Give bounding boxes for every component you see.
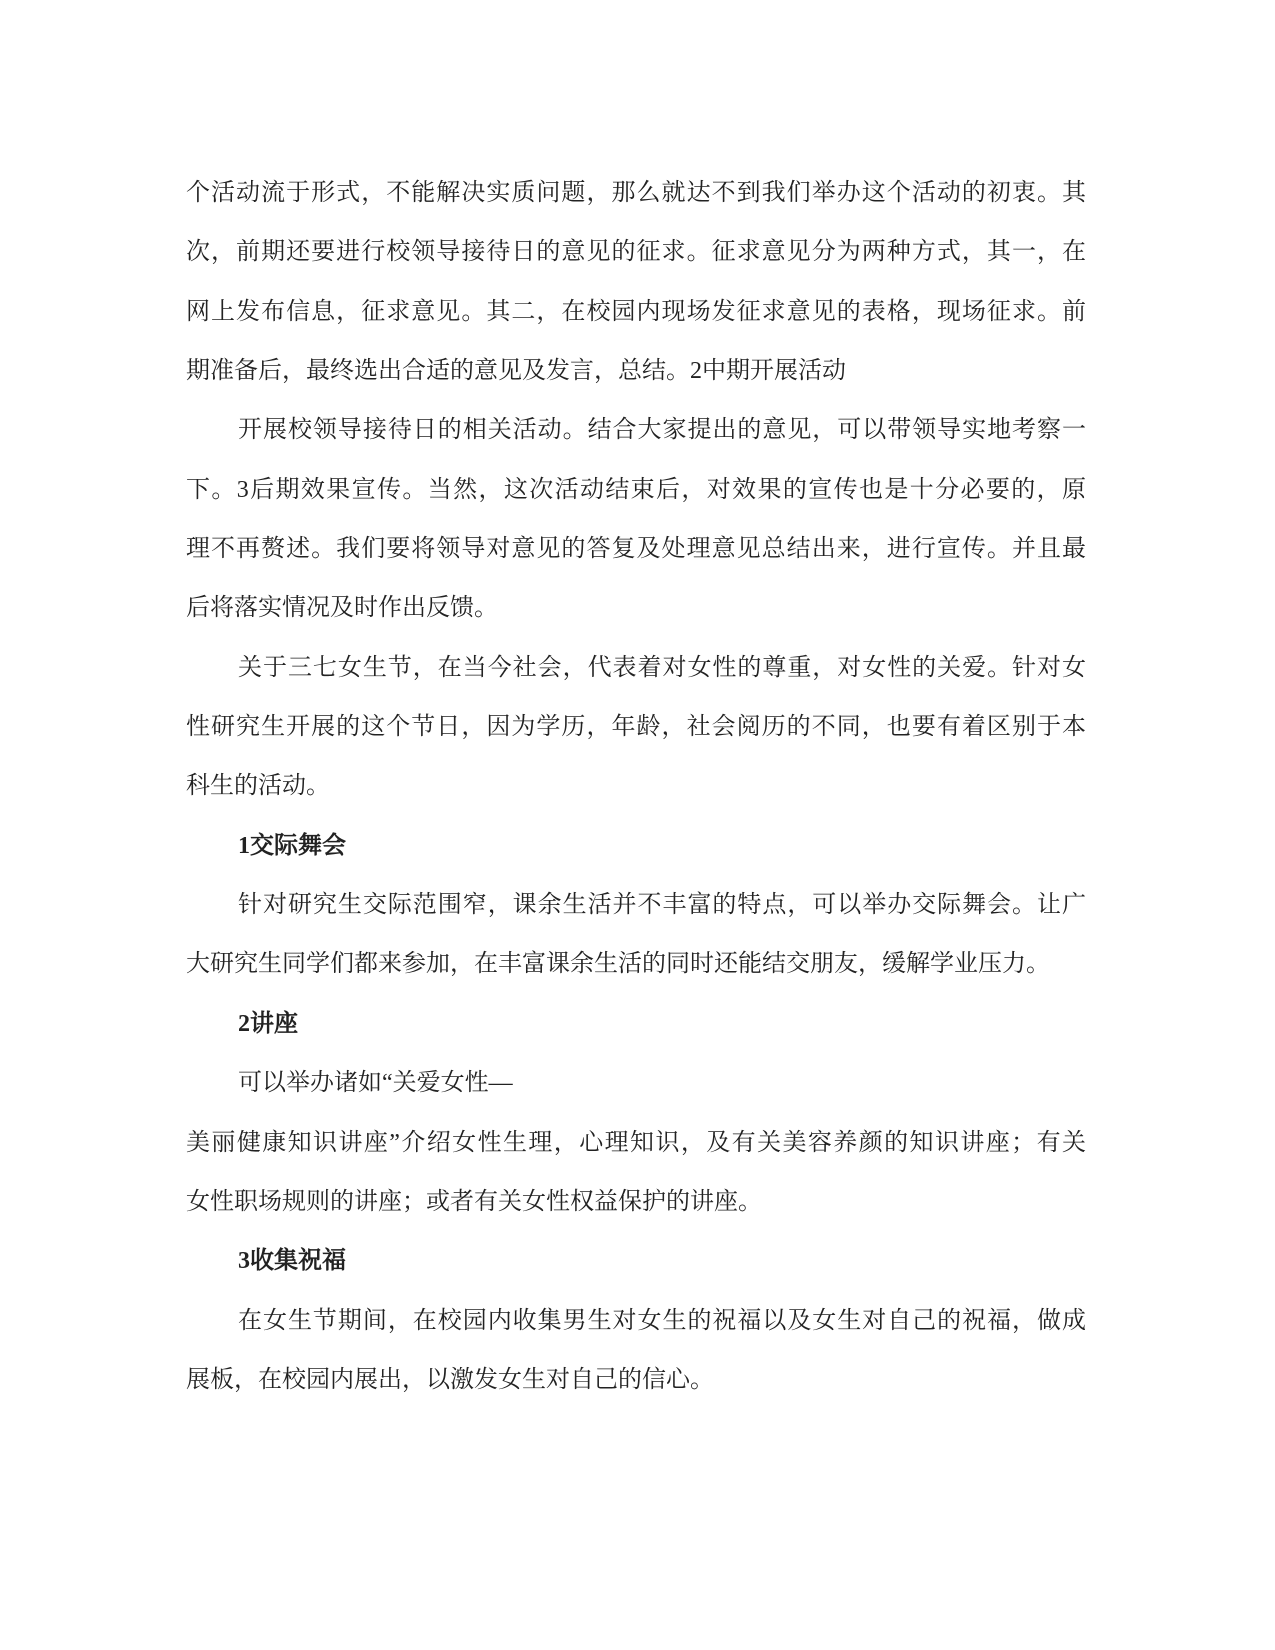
paragraph: 关于三七女生节，在当今社会，代表着对女性的尊重，对女性的关爱。针对女性研究生开展… [186,639,1086,817]
text-line: 次，前期还要进行校领导接待日的意见的征求。征求意见分为两种方式，其一，在 [186,223,1086,282]
text-line: 科生的活动。 [186,757,1086,816]
paragraph: 个活动流于形式，不能解决实质问题，那么就达不到我们举办这个活动的初衷。其次，前期… [186,164,1086,401]
section-heading: 1交际舞会 [186,817,1086,876]
text-line: 后将落实情况及时作出反馈。 [186,579,1086,638]
text-line: 关于三七女生节，在当今社会，代表着对女性的尊重，对女性的关爱。针对女 [186,639,1086,698]
paragraph: 针对研究生交际范围窄，课余生活并不丰富的特点，可以举办交际舞会。让广大研究生同学… [186,876,1086,995]
text-line: 期准备后，最终选出合适的意见及发言，总结。2中期开展活动 [186,342,1086,401]
text-line: 在女生节期间，在校园内收集男生对女生的祝福以及女生对自己的祝福，做成 [186,1292,1086,1351]
text-line: 性研究生开展的这个节日，因为学历，年龄，社会阅历的不同，也要有着区别于本 [186,698,1086,757]
paragraph: 在女生节期间，在校园内收集男生对女生的祝福以及女生对自己的祝福，做成展板，在校园… [186,1292,1086,1411]
text-line: 大研究生同学们都来参加，在丰富课余生活的同时还能结交朋友，缓解学业压力。 [186,935,1086,994]
text-line: 美丽健康知识讲座”介绍女性生理，心理知识，及有关美容养颜的知识讲座；有关 [186,1114,1086,1173]
text-line: 展板，在校园内展出，以激发女生对自己的信心。 [186,1351,1086,1410]
text-line: 网上发布信息，征求意见。其二，在校园内现场发征求意见的表格，现场征求。前 [186,283,1086,342]
document-page: 个活动流于形式，不能解决实质问题，那么就达不到我们举办这个活动的初衷。其次，前期… [0,0,1275,1650]
paragraph: 可以举办诸如“关爱女性—美丽健康知识讲座”介绍女性生理，心理知识，及有关美容养颜… [186,1054,1086,1232]
text-line: 女性职场规则的讲座；或者有关女性权益保护的讲座。 [186,1173,1086,1232]
text-line: 个活动流于形式，不能解决实质问题，那么就达不到我们举办这个活动的初衷。其 [186,164,1086,223]
text-line: 针对研究生交际范围窄，课余生活并不丰富的特点，可以举办交际舞会。让广 [186,876,1086,935]
section-heading: 2讲座 [186,995,1086,1054]
text-line: 理不再赘述。我们要将领导对意见的答复及处理意见总结出来，进行宣传。并且最 [186,520,1086,579]
paragraph: 开展校领导接待日的相关活动。结合大家提出的意见，可以带领导实地考察一下。3后期效… [186,401,1086,638]
text-line: 2讲座 [186,995,1086,1054]
text-line: 开展校领导接待日的相关活动。结合大家提出的意见，可以带领导实地考察一 [186,401,1086,460]
text-line: 可以举办诸如“关爱女性— [186,1054,1086,1113]
section-heading: 3收集祝福 [186,1232,1086,1291]
text-line: 3收集祝福 [186,1232,1086,1291]
text-line: 1交际舞会 [186,817,1086,876]
text-line: 下。3后期效果宣传。当然，这次活动结束后，对效果的宣传也是十分必要的，原 [186,461,1086,520]
text-content: 个活动流于形式，不能解决实质问题，那么就达不到我们举办这个活动的初衷。其次，前期… [186,164,1086,1410]
